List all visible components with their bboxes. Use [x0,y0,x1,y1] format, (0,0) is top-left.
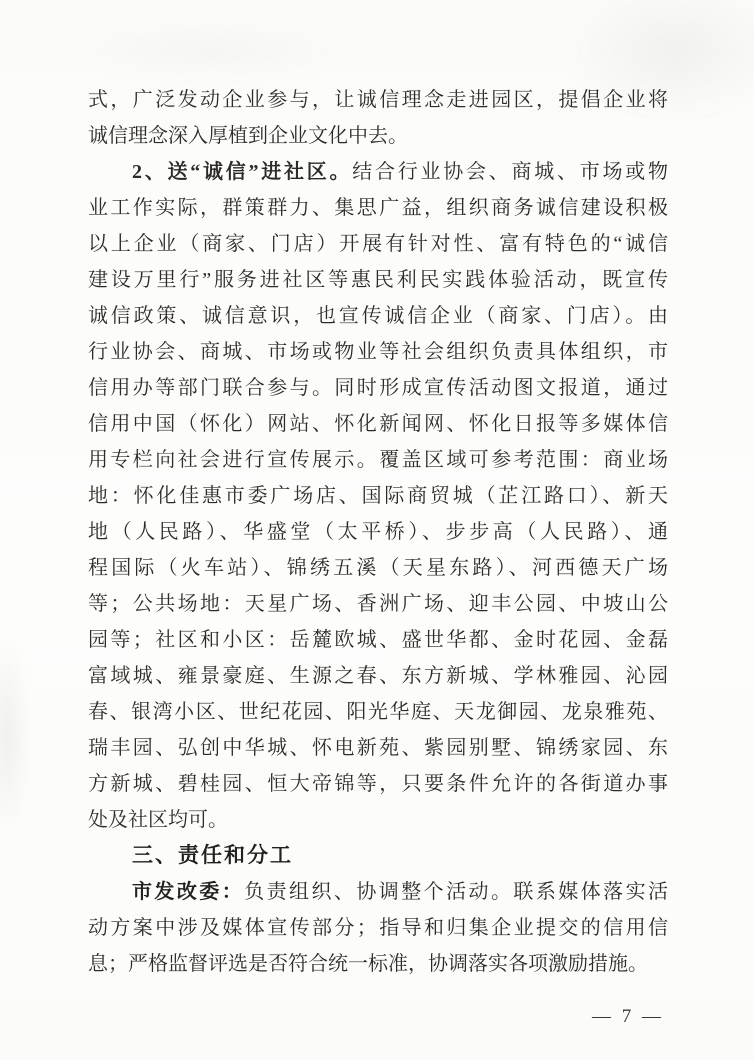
doc-line: 用专栏向社会进行宣传展示。覆盖区域可参考范围：商业场 [88,442,668,478]
section-heading: 三、责任和分工 [88,838,668,874]
scan-smudge [0,630,28,840]
doc-line: 春、银湾小区、世纪花园、阳光华庭、天龙御园、龙泉雅苑、 [88,694,668,730]
doc-line: 程国际（火车站）、锦绣五溪（天星东路）、河西德天广场 [88,550,668,586]
doc-line: 式，广泛发动企业参与，让诚信理念走进园区，提倡企业将 [88,82,668,118]
doc-line: 地（人民路）、华盛堂（太平桥）、步步高（人民路）、通 [88,514,668,550]
document-page: 式，广泛发动企业参与，让诚信理念走进园区，提倡企业将 诚信理念深入厚植到企业文化… [0,0,754,1060]
doc-line: 信用中国（怀化）网站、怀化新闻网、怀化日报等多媒体信 [88,406,668,442]
text-block: 式，广泛发动企业参与，让诚信理念走进园区，提倡企业将 诚信理念深入厚植到企业文化… [88,82,668,982]
doc-line: 信用办等部门联合参与。同时形成宣传活动图文报道，通过 [88,370,668,406]
doc-line: 动方案中涉及媒体宣传部分；指导和归集企业提交的信用信 [88,910,668,946]
doc-line: 地：怀化佳惠市委广场店、国际商贸城（芷江路口）、新天 [88,478,668,514]
doc-line: 富域城、雍景豪庭、生源之春、东方新城、学林雅园、沁园 [88,658,668,694]
doc-line: 处及社区均可。 [88,802,668,838]
doc-line: 建设万里行”服务进社区等惠民利民实践体验活动，既宣传 [88,262,668,298]
doc-line-text: 负责组织、协调整个活动。联系媒体落实活 [244,881,668,903]
paragraph-lead-bold: 市发改委： [132,881,244,903]
doc-line: 瑞丰园、弘创中华城、怀电新苑、紫园别墅、锦绣家园、东 [88,730,668,766]
doc-line: 息；严格监督评选是否符合统一标准，协调落实各项激励措施。 [88,946,668,982]
scan-smudge [60,20,360,80]
page-number: — 7 — [592,1006,664,1028]
doc-line: 2、送“诚信”进社区。结合行业协会、商城、市场或物 [88,154,668,190]
doc-line: 行业协会、商城、市场或物业等社会组织负责具体组织，市 [88,334,668,370]
doc-line: 以上企业（商家、门店）开展有针对性、富有特色的“诚信 [88,226,668,262]
doc-line: 诚信政策、诚信意识，也宣传诚信企业（商家、门店）。由 [88,298,668,334]
doc-line: 园等；社区和小区：岳麓欧城、盛世华都、金时花园、金磊 [88,622,668,658]
doc-line-text: 结合行业协会、商城、市场或物 [352,161,668,183]
doc-line: 等；公共场地：天星广场、香洲广场、迎丰公园、中坡山公 [88,586,668,622]
doc-line: 方新城、碧桂园、恒大帝锦等，只要条件允许的各街道办事 [88,766,668,802]
doc-line: 诚信理念深入厚植到企业文化中去。 [88,118,668,154]
doc-line: 业工作实际，群策群力、集思广益，组织商务诚信建设积极 [88,190,668,226]
paragraph-lead-bold: 2、送“诚信”进社区。 [132,161,352,183]
doc-line: 市发改委：负责组织、协调整个活动。联系媒体落实活 [88,874,668,910]
